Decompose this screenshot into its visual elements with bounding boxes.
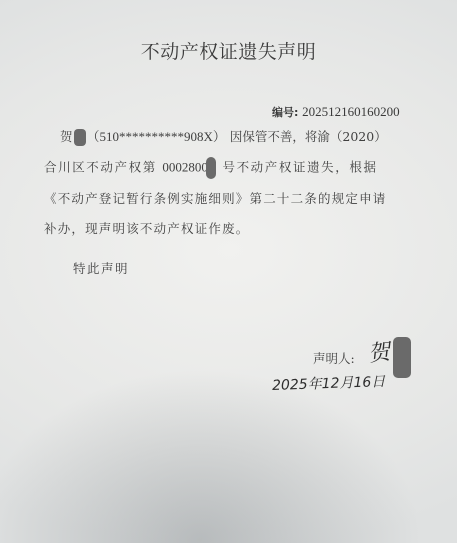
document-title: 不动产权证遗失声明 xyxy=(0,37,457,64)
body-line-3: 《不动产登记暂行条例实施细则》第二十二条的规定申请 xyxy=(44,189,387,207)
handwritten-signature: 贺 xyxy=(366,335,392,369)
redacted-certificate-digit xyxy=(206,157,216,179)
body-line-2: 合川区不动产权第 0002800 号不动产权证遗失，根据 xyxy=(44,157,378,179)
body-line-2-prefix: 合川区不动产权第 xyxy=(44,160,157,175)
id-number: （510**********908X） xyxy=(87,129,226,144)
body-line-1: 贺（510**********908X） 因保管不善，将渝（2020） xyxy=(60,126,387,146)
certificate-number: 0002800 xyxy=(162,160,208,175)
declarant-surname: 贺 xyxy=(60,129,73,144)
redacted-signature xyxy=(393,337,411,378)
document-page: 不动产权证遗失声明 编号: 202512160160200 贺（510*****… xyxy=(0,0,457,543)
body-line-2-suffix: 号不动产权证遗失，根据 xyxy=(222,160,377,175)
body-line-4: 补办，现声明该不动产权证作废。 xyxy=(44,219,250,237)
handwritten-date: 2025年12月16日 xyxy=(272,371,386,395)
document-number-value: 202512160160200 xyxy=(302,104,400,119)
closing-statement: 特此声明 xyxy=(73,259,129,277)
redacted-name xyxy=(74,129,86,146)
document-number: 编号: 202512160160200 xyxy=(272,104,400,120)
body-line-1-text: 因保管不善，将渝（2020） xyxy=(230,129,387,144)
document-number-label: 编号: xyxy=(272,106,298,119)
signer-label: 声明人: xyxy=(313,349,355,367)
